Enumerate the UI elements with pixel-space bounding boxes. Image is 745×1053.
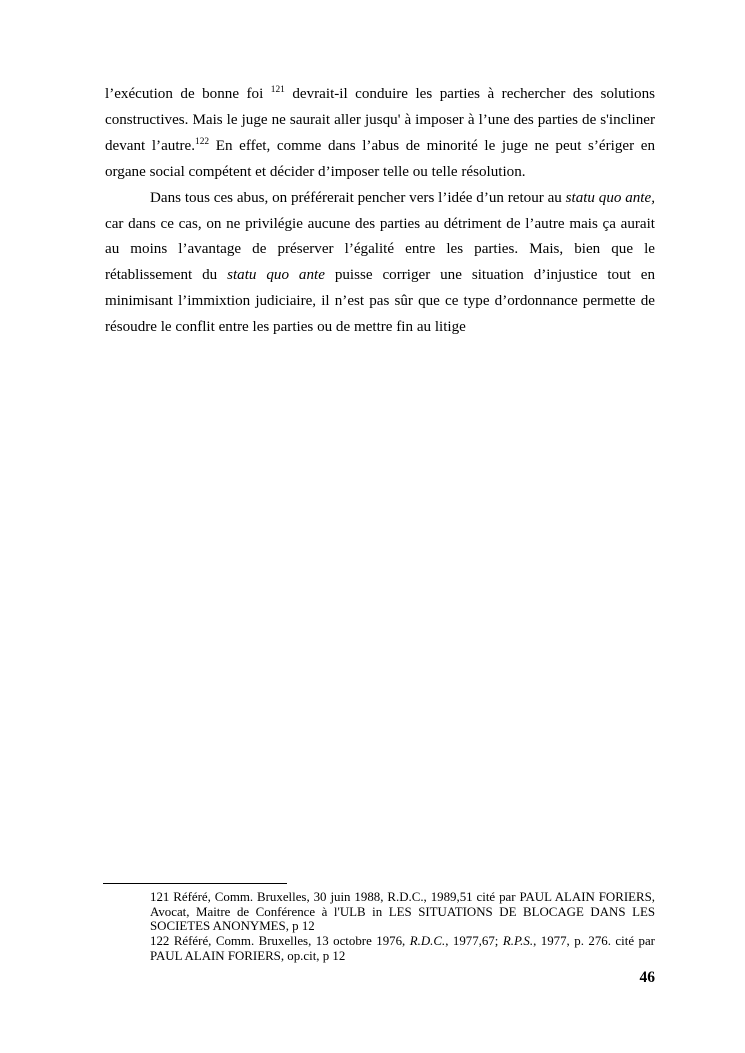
footnote-122: 122 Référé, Comm. Bruxelles, 13 octobre … xyxy=(150,934,655,963)
document-page: l’exécution de bonne foi 121 devrait-il … xyxy=(0,0,745,1053)
page-number: 46 xyxy=(105,965,655,991)
paragraph-2: Dans tous ces abus, on préférerait pench… xyxy=(105,186,655,341)
footnote-ref-121: 121 xyxy=(271,85,285,95)
italic-journal-rps: R.P.S. xyxy=(503,934,533,948)
italic-phrase-statu-quo-ante: statu quo ante xyxy=(227,267,325,283)
text-run: 122 Référé, Comm. Bruxelles, 13 octobre … xyxy=(150,934,410,948)
italic-journal-rdc: R.D.C. xyxy=(410,934,445,948)
footnotes-section: 121 Référé, Comm. Bruxelles, 30 juin 198… xyxy=(150,890,655,964)
paragraph-1: l’exécution de bonne foi 121 devrait-il … xyxy=(105,82,655,186)
text-run: 121 Référé, Comm. Bruxelles, 30 juin 198… xyxy=(150,890,655,933)
footnote-ref-122: 122 xyxy=(195,137,209,147)
italic-phrase-statu-quo-ante: statu quo ante, xyxy=(566,190,655,206)
footnote-separator xyxy=(103,883,287,884)
text-run: Dans tous ces abus, on préférerait pench… xyxy=(150,190,566,206)
main-text: l’exécution de bonne foi 121 devrait-il … xyxy=(105,82,655,341)
text-run: , 1977,67; xyxy=(445,934,503,948)
text-run: l’exécution de bonne foi xyxy=(105,86,271,102)
footnote-121: 121 Référé, Comm. Bruxelles, 30 juin 198… xyxy=(150,890,655,934)
